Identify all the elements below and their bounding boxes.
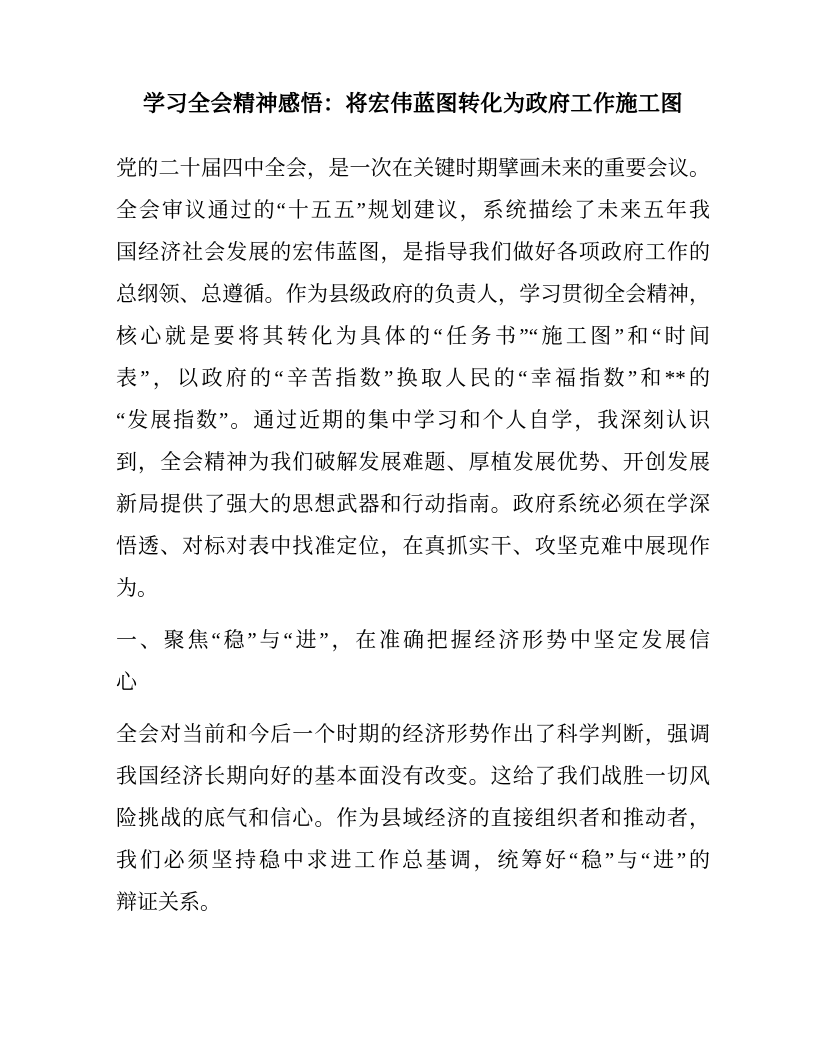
text-line: 为。 bbox=[116, 567, 710, 609]
paragraph: 全会对当前和今后一个时期的经济形势作出了科学判断，强调我国经济长期向好的基本面没… bbox=[116, 713, 710, 923]
text-line: 一、聚焦“稳”与“进”，在准确把握经济形势中坚定发展信 bbox=[116, 619, 710, 661]
text-line: 我们必须坚持稳中求进工作总基调，统筹好“稳”与“进”的 bbox=[116, 839, 710, 881]
text-line: 辩证关系。 bbox=[116, 881, 710, 923]
text-line: 悟透、对标对表中找准定位，在真抓实干、攻坚克难中展现作 bbox=[116, 525, 710, 567]
text-line: 心 bbox=[116, 661, 710, 703]
paragraph: 党的二十届四中全会，是一次在关键时期擘画未来的重要会议。全会审议通过的“十五五”… bbox=[116, 147, 710, 609]
text-line: 全会审议通过的“十五五”规划建议，系统描绘了未来五年我 bbox=[116, 189, 710, 231]
document-page: 学习全会精神感悟：将宏伟蓝图转化为政府工作施工图 党的二十届四中全会，是一次在关… bbox=[0, 0, 816, 1056]
text-line: 到，全会精神为我们破解发展难题、厚植发展优势、开创发展 bbox=[116, 441, 710, 483]
text-line: 核心就是要将其转化为具体的“任务书”“施工图”和“时间 bbox=[116, 315, 710, 357]
document-body: 党的二十届四中全会，是一次在关键时期擘画未来的重要会议。全会审议通过的“十五五”… bbox=[116, 147, 710, 923]
text-line: 总纲领、总遵循。作为县级政府的负责人，学习贯彻全会精神， bbox=[116, 273, 710, 315]
text-line: 全会对当前和今后一个时期的经济形势作出了科学判断，强调 bbox=[116, 713, 710, 755]
text-line: 党的二十届四中全会，是一次在关键时期擘画未来的重要会议。 bbox=[116, 147, 710, 189]
text-line: “发展指数”。通过近期的集中学习和个人自学，我深刻认识 bbox=[116, 399, 710, 441]
text-line: 表”，以政府的“辛苦指数”换取人民的“幸福指数”和**的 bbox=[116, 357, 710, 399]
document-title: 学习全会精神感悟：将宏伟蓝图转化为政府工作施工图 bbox=[116, 88, 710, 120]
text-line: 新局提供了强大的思想武器和行动指南。政府系统必须在学深 bbox=[116, 483, 710, 525]
text-line: 险挑战的底气和信心。作为县域经济的直接组织者和推动者， bbox=[116, 797, 710, 839]
text-line: 我国经济长期向好的基本面没有改变。这给了我们战胜一切风 bbox=[116, 755, 710, 797]
text-line: 国经济社会发展的宏伟蓝图，是指导我们做好各项政府工作的 bbox=[116, 231, 710, 273]
section-heading: 一、聚焦“稳”与“进”，在准确把握经济形势中坚定发展信心 bbox=[116, 619, 710, 703]
